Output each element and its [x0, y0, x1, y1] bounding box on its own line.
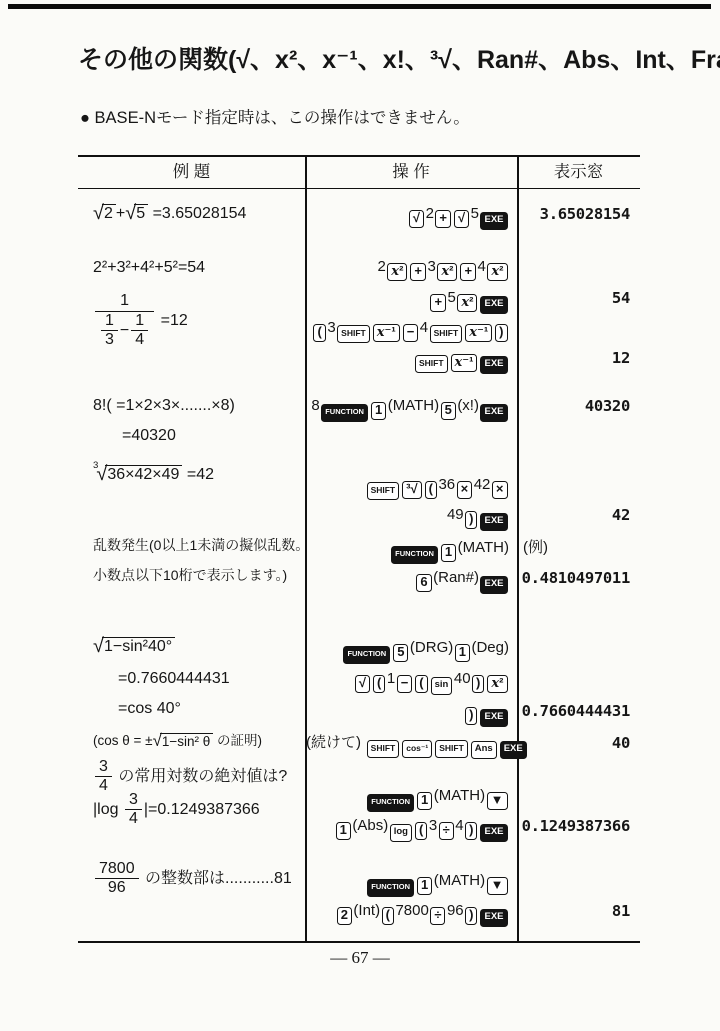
text: 5 — [136, 205, 145, 222]
key-x²: x² — [457, 294, 477, 312]
text: (Abs) — [352, 817, 388, 834]
text: 3 — [105, 331, 114, 348]
text: 2 — [426, 205, 434, 222]
col-header-display: 表示窓 — [517, 157, 640, 188]
text: 8 — [311, 397, 319, 414]
text: =0.7660444431 — [118, 670, 230, 687]
text: 1−sin²40° — [104, 638, 172, 655]
key-x²: x² — [487, 263, 507, 281]
page-number: — 67 — — [0, 948, 720, 968]
text: 7800 — [99, 860, 135, 877]
table-line: 2(Int)(7800÷96)EXE — [306, 896, 516, 926]
key-EXE: EXE — [480, 576, 507, 594]
text: =cos 40° — [118, 700, 181, 717]
key-1: 1 — [417, 792, 432, 810]
key-cos⁻¹: cos⁻¹ — [402, 740, 432, 758]
key-SHIFT: SHIFT — [367, 482, 400, 500]
radicand: 36×42×49 — [105, 465, 182, 483]
table-line: 12 — [518, 343, 640, 373]
table-line: 8FUNCTION1(MATH)5(x!)EXE — [306, 391, 516, 421]
table-line: (cos θ = ±√1−sin² θ の証明) — [78, 726, 305, 756]
table-line: 113−14 =12 — [78, 285, 305, 357]
key-SHIFT: SHIFT — [367, 740, 400, 758]
key-FUNCTION: FUNCTION — [367, 794, 414, 812]
key-FUNCTION: FUNCTION — [367, 879, 414, 897]
table-line: 0.7660444431 — [518, 696, 640, 726]
text: 3 — [129, 791, 138, 808]
text: |=0.1249387366 — [144, 801, 260, 818]
text: 4 — [129, 810, 138, 827]
key-1: 1 — [441, 544, 456, 562]
text: 7800 — [395, 902, 428, 919]
col-header-operation: 操 作 — [305, 157, 517, 188]
key-EXE: EXE — [480, 909, 507, 927]
text: の常用対数の絶対値は? — [114, 768, 287, 785]
text: + — [116, 205, 125, 222]
text: 乱数発生(0以上1未満の擬似乱数。 — [93, 537, 309, 553]
text: 1 — [387, 670, 395, 687]
table-line: √1−sin²40° — [78, 632, 305, 662]
text: 4 — [478, 258, 486, 275]
fraction: 13 — [101, 312, 118, 350]
numerator: 1 — [131, 312, 148, 331]
text: =12 — [156, 312, 188, 329]
text: 0.4810497011 — [522, 569, 630, 587]
table-line: =cos 40° — [78, 694, 305, 724]
fraction: 14 — [131, 312, 148, 350]
text: (x!) — [457, 397, 479, 414]
text: 5 — [448, 289, 456, 306]
key-1: 1 — [336, 822, 351, 840]
text: 4 — [420, 319, 428, 336]
key-): ) — [472, 675, 484, 693]
table-header: 例 題 操 作 表示窓 — [78, 157, 640, 189]
text: の証明) — [213, 733, 262, 748]
table-line: √2+√5EXE — [306, 199, 516, 229]
key-×: × — [492, 481, 508, 499]
fraction: 34 — [125, 791, 142, 829]
text: 3 — [428, 258, 436, 275]
key-√: √ — [454, 210, 469, 228]
operation-column: √2+√5EXE2x²+3x²+4x²+5x²EXE(3SHIFTx⁻¹−4SH… — [306, 190, 516, 941]
text: 小数点以下10桁で表示します。) — [93, 567, 287, 583]
key-▼: ▼ — [487, 792, 508, 810]
table-line: FUNCTION1(MATH)▼ — [306, 866, 516, 896]
table-line: 42 — [518, 500, 640, 530]
fraction: 113−14 — [95, 292, 154, 349]
text: =3.65028154 — [148, 205, 246, 222]
text: 1 — [105, 312, 114, 329]
text: (Int) — [353, 902, 380, 919]
key-EXE: EXE — [480, 296, 507, 314]
numerator: 1 — [101, 312, 118, 331]
denominator: 13−14 — [95, 312, 154, 350]
radicand: 1−sin²40° — [102, 637, 175, 655]
table-line: 2²+3²+4²+5²=54 — [78, 253, 305, 283]
table-line: 0.1249387366 — [518, 811, 640, 841]
key-(: ( — [373, 675, 385, 693]
text: 42 — [474, 476, 491, 493]
key-(: ( — [415, 675, 427, 693]
text: 4 — [455, 817, 463, 834]
key-−: − — [403, 324, 419, 342]
key-SHIFT: SHIFT — [337, 325, 370, 343]
key-1: 1 — [371, 402, 386, 420]
text: 4 — [135, 331, 144, 348]
text: 96 — [447, 902, 464, 919]
table-line: SHIFT³√(36×42× — [306, 470, 516, 500]
text: 54 — [612, 289, 630, 307]
numerator: 7800 — [95, 860, 139, 879]
denominator: 3 — [101, 331, 118, 349]
radicand: 5 — [134, 204, 148, 222]
text: 40320 — [585, 397, 630, 415]
key-5: 5 — [441, 402, 456, 420]
key-x²: x² — [437, 263, 457, 281]
table-line: 1(Abs)log(3÷4)EXE — [306, 811, 516, 841]
text: (MATH) — [388, 397, 439, 414]
text: (DRG) — [410, 639, 453, 656]
text: 2 — [104, 205, 113, 222]
table-line: FUNCTION5(DRG)1(Deg) — [306, 633, 516, 663]
key-÷: ÷ — [430, 907, 445, 925]
text: =42 — [182, 466, 214, 483]
table-body: √2+√5 =3.650281542²+3²+4²+5²=54113−14 =1… — [78, 190, 640, 941]
radical-index: 3 — [93, 460, 98, 471]
key-+: + — [410, 263, 426, 281]
text: 3 — [99, 758, 108, 775]
table-line: 40 — [518, 728, 640, 758]
key-³√: ³√ — [402, 481, 421, 499]
table-line: 54 — [518, 283, 640, 313]
text: 3 — [327, 319, 335, 336]
example-column: √2+√5 =3.650281542²+3²+4²+5²=54113−14 =1… — [78, 190, 305, 941]
text: 2²+3²+4²+5²=54 — [93, 259, 205, 276]
text: − — [120, 322, 129, 339]
key-x²: x² — [387, 263, 407, 281]
key-x⁻¹: x⁻¹ — [373, 324, 400, 342]
table-line: FUNCTION1(MATH)▼ — [306, 781, 516, 811]
key-+: + — [460, 263, 476, 281]
key-2: 2 — [337, 907, 352, 925]
key-÷: ÷ — [439, 822, 454, 840]
key-): ) — [465, 707, 477, 725]
key-x⁻¹: x⁻¹ — [451, 354, 478, 372]
table-line: 乱数発生(0以上1未満の擬似乱数。 — [78, 530, 305, 560]
radical: 3√36×42×49 — [93, 464, 182, 485]
text: =40320 — [122, 427, 176, 444]
table-line: FUNCTION1(MATH) — [306, 533, 516, 563]
key-x²: x² — [487, 675, 507, 693]
radical: √2 — [93, 203, 116, 224]
key-EXE: EXE — [480, 513, 507, 531]
key-+: + — [430, 294, 446, 312]
text: 5 — [471, 205, 479, 222]
text: 36×42×49 — [107, 466, 179, 483]
text: 40 — [454, 670, 471, 687]
radical: √1−sin² θ — [153, 733, 214, 751]
key-√: √ — [355, 675, 370, 693]
text: 49 — [447, 506, 464, 523]
radical: √1−sin²40° — [93, 636, 175, 657]
table-line: 780096 の整数部は...........81 — [78, 856, 305, 902]
text: 0.1249387366 — [522, 817, 630, 835]
table-line: SHIFTx⁻¹EXE — [306, 343, 516, 373]
col-header-example: 例 題 — [78, 157, 305, 188]
table-line: 40320 — [518, 391, 640, 421]
table-line: 2x²+3x²+4x² — [306, 252, 516, 282]
key-): ) — [495, 324, 507, 342]
table-line: 0.4810497011 — [518, 563, 640, 593]
table-line: 3.65028154 — [518, 199, 640, 229]
key-FUNCTION: FUNCTION — [321, 404, 368, 422]
key-(: ( — [415, 822, 427, 840]
radicand: 2 — [102, 204, 116, 222]
table-line: =0.7660444431 — [78, 664, 305, 694]
key-1: 1 — [417, 877, 432, 895]
table-line: √(1−(sin40)x² — [306, 664, 516, 694]
table-line: (例) — [518, 533, 640, 563]
denominator: 4 — [125, 810, 142, 828]
key-FUNCTION: FUNCTION — [391, 546, 438, 564]
key-EXE: EXE — [480, 212, 507, 230]
table-line: (続けて) SHIFTcos⁻¹SHIFTAnsEXE — [306, 728, 516, 758]
table-line: 3√36×42×49 =42 — [78, 460, 305, 490]
key-EXE: EXE — [480, 356, 507, 374]
example-table: 例 題 操 作 表示窓 √2+√5 =3.650281542²+3²+4²+5²… — [78, 155, 640, 943]
numerator: 3 — [95, 758, 112, 777]
text: (Deg) — [471, 639, 509, 656]
key-SHIFT: SHIFT — [435, 740, 468, 758]
key-+: + — [435, 210, 451, 228]
key-EXE: EXE — [480, 404, 507, 422]
text: 12 — [612, 349, 630, 367]
text: (MATH) — [434, 872, 485, 889]
key-(: ( — [313, 324, 325, 342]
text: 81 — [612, 902, 630, 920]
key-): ) — [465, 511, 477, 529]
key-log: log — [390, 824, 412, 842]
key-1: 1 — [455, 644, 470, 662]
key-x⁻¹: x⁻¹ — [465, 324, 492, 342]
key-): ) — [465, 822, 477, 840]
table-line: 8!( =1×2×3×.......×8) — [78, 391, 305, 421]
key-(: ( — [425, 481, 437, 499]
table-line: 81 — [518, 896, 640, 926]
table-line: √2+√5 =3.65028154 — [78, 199, 305, 229]
key-EXE: EXE — [480, 824, 507, 842]
key-6: 6 — [416, 574, 431, 592]
key-EXE: EXE — [480, 709, 507, 727]
text: の整数部は...........81 — [141, 870, 292, 887]
table-line: (3SHIFTx⁻¹−4SHIFTx⁻¹) — [306, 313, 516, 343]
table-line: +5x²EXE — [306, 283, 516, 313]
fraction: 780096 — [95, 860, 139, 898]
key-): ) — [465, 907, 477, 925]
text: (Ran#) — [433, 569, 479, 586]
text: 1−sin² θ — [162, 734, 210, 749]
table-line: 小数点以下10桁で表示します。) — [78, 560, 305, 590]
denominator: 4 — [131, 331, 148, 349]
key-√: √ — [409, 210, 424, 228]
text: (MATH) — [434, 787, 485, 804]
key-×: × — [457, 481, 473, 499]
table-line: 49)EXE — [306, 500, 516, 530]
text: 36 — [438, 476, 455, 493]
key-sin: sin — [431, 677, 453, 695]
text: (例) — [523, 539, 548, 556]
table-line: |log 34|=0.1249387366 — [78, 787, 305, 833]
numerator: 3 — [125, 791, 142, 810]
key-SHIFT: SHIFT — [430, 325, 463, 343]
key-5: 5 — [393, 644, 408, 662]
base-n-note: ● BASE-Nモード指定時は、この操作はできません。 — [80, 104, 470, 128]
text: 3 — [429, 817, 437, 834]
text: 40 — [612, 734, 630, 752]
text: 1 — [120, 292, 129, 309]
numerator: 1 — [95, 292, 154, 311]
text: 1 — [135, 312, 144, 329]
text: 42 — [612, 506, 630, 524]
manual-page: その他の関数(√、x²、x⁻¹、x!、³√、Ran#、Abs、Int、Frac、… — [0, 0, 720, 1031]
key-−: − — [397, 675, 413, 693]
top-rule — [8, 4, 711, 9]
denominator: 96 — [95, 879, 139, 897]
text: (MATH) — [458, 539, 509, 556]
text: 2 — [377, 258, 385, 275]
key-SHIFT: SHIFT — [415, 355, 448, 373]
radical: √5 — [125, 203, 148, 224]
text: (続けて) — [306, 734, 365, 751]
table-line: )EXE — [306, 696, 516, 726]
key-FUNCTION: FUNCTION — [343, 646, 390, 664]
page-title: その他の関数(√、x²、x⁻¹、x!、³√、Ran#、Abs、Int、Frac、… — [78, 40, 720, 76]
text: (cos θ = ± — [93, 733, 153, 748]
table-line: =40320 — [78, 421, 305, 451]
key-(: ( — [382, 907, 394, 925]
key-Ans: Ans — [471, 741, 497, 759]
radicand: 1−sin² θ — [160, 733, 213, 749]
text: 0.7660444431 — [522, 702, 630, 720]
display-column: 3.6502815454124032042(例)0.48104970110.76… — [518, 190, 640, 941]
table-line: 6(Ran#)EXE — [306, 563, 516, 593]
key-▼: ▼ — [487, 877, 508, 895]
text: 8!( =1×2×3×.......×8) — [93, 397, 235, 414]
text: 96 — [108, 879, 126, 896]
text: |log — [93, 801, 123, 818]
text: 3.65028154 — [540, 205, 630, 223]
